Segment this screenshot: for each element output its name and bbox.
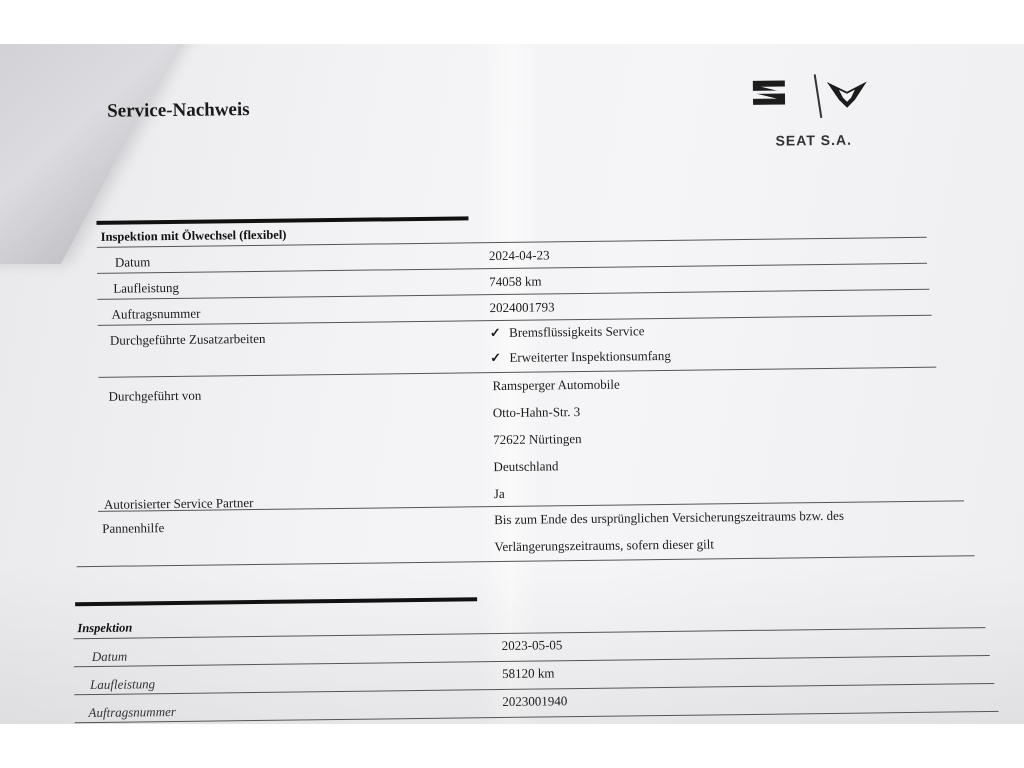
value-auftragsnummer: 2023001940 (502, 693, 567, 710)
document-title: Service-Nachweis (107, 99, 250, 123)
label-auftragsnummer: Auftragsnummer (112, 306, 201, 323)
checkmark-icon: ✓ (490, 350, 506, 366)
value-datum: 2024-04-23 (489, 247, 550, 264)
checkmark-icon: ✓ (490, 325, 506, 341)
dealer-city: 72622 Nürtingen (493, 431, 582, 448)
cupra-logo-icon (825, 79, 869, 110)
brand-header: SEAT S.A. (749, 73, 870, 154)
section-heading: Inspektion mit Ölwechsel (flexibel) (101, 228, 287, 245)
value-service-partner: Ja (494, 486, 505, 502)
extra-work-text: Erweiterter Inspektionsumfang (509, 348, 671, 365)
roadside-assistance-line: Bis zum Ende des ursprünglichen Versiche… (494, 508, 844, 528)
value-auftragsnummer: 2024001793 (489, 299, 554, 316)
dealer-name: Ramsperger Automobile (492, 377, 619, 395)
row-divider (77, 555, 975, 567)
row-divider (98, 367, 936, 378)
brand-name: SEAT S.A. (775, 132, 852, 149)
section-divider-bar (75, 597, 477, 606)
label-datum: Datum (115, 254, 151, 270)
label-datum: Datum (92, 649, 128, 665)
dealer-street: Otto-Hahn-Str. 3 (493, 404, 581, 421)
extra-work-text: Bremsflüssigkeits Service (509, 323, 645, 340)
label-laufleistung: Laufleistung (113, 280, 179, 297)
dealer-country: Deutschland (493, 458, 558, 475)
label-pannenhilfe: Pannenhilfe (102, 520, 164, 537)
label-auftragsnummer: Auftragsnummer (88, 704, 176, 721)
section-heading: Inspektion (77, 621, 132, 637)
label-zusatzarbeiten: Durchgeführte Zusatzarbeiten (110, 331, 266, 349)
logo-separator (814, 74, 823, 118)
extra-work-item: ✓ Bremsflüssigkeits Service (490, 323, 645, 341)
roadside-assistance-line: Verlängerungszeitraums, sofern dieser gi… (494, 536, 714, 555)
seat-logo-icon (751, 78, 787, 106)
value-datum: 2023-05-05 (502, 637, 563, 654)
value-laufleistung: 74058 km (489, 273, 542, 290)
label-durchgefuehrt-von: Durchgeführt von (109, 388, 202, 405)
label-laufleistung: Laufleistung (90, 676, 155, 693)
document-photo: Service-Nachweis SEAT S.A. Inspektion mi… (0, 44, 1024, 724)
section-divider-bar (96, 216, 468, 225)
extra-work-item: ✓ Erweiterter Inspektionsumfang (490, 348, 671, 366)
row-divider (97, 263, 927, 274)
service-record-document: Service-Nachweis SEAT S.A. Inspektion mi… (0, 44, 1024, 724)
row-divider (97, 289, 929, 300)
value-laufleistung: 58120 km (502, 665, 555, 682)
